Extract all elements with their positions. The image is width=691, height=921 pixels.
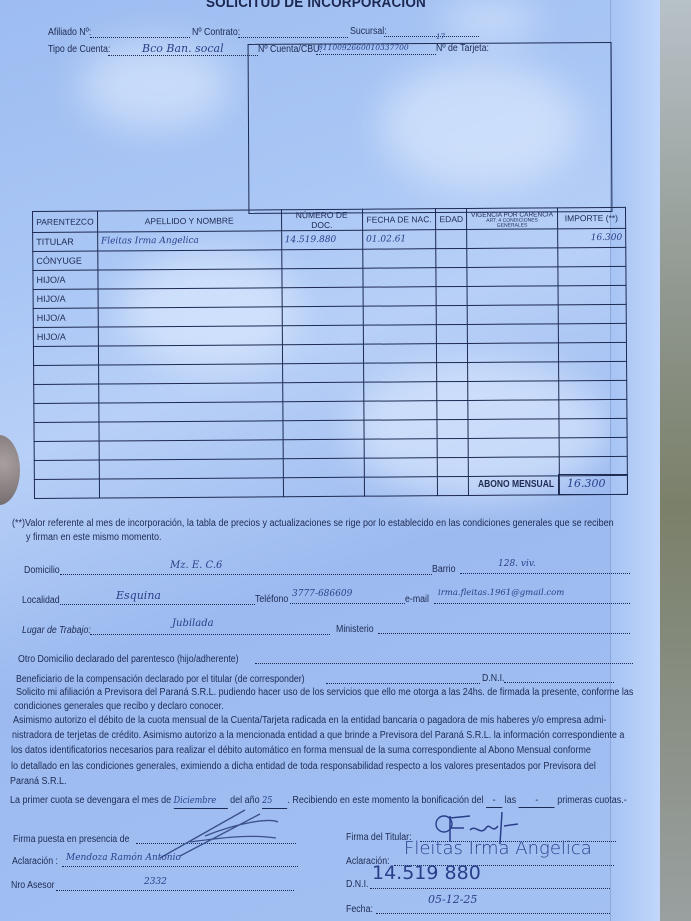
anio-field[interactable]: 25 <box>262 795 287 809</box>
dni-field[interactable] <box>370 888 610 889</box>
sucursal-field[interactable] <box>384 36 479 37</box>
col-vigencia: VIGENCIA POR CARENCIAART. 4 CONDICIONES … <box>467 208 558 230</box>
afiliado-label: Afiliado Nº: <box>48 27 91 38</box>
nombre-cell[interactable]: Fleitas Irma Angelica <box>97 231 281 251</box>
edad-cell[interactable] <box>437 457 468 476</box>
vigencia-cell[interactable] <box>467 229 558 249</box>
legal-p1-line-2: condiciones generales que recibo y decla… <box>14 700 599 713</box>
parentezco-cell: HIJO/A <box>33 327 98 346</box>
email-value: irma.fleitas.1961@gmail.com <box>438 588 564 598</box>
vigencia-cell[interactable] <box>467 286 558 306</box>
barrio-label: Barrio <box>432 564 455 575</box>
edad-cell[interactable] <box>437 438 468 457</box>
importe-cell[interactable] <box>558 304 626 323</box>
contrato-field[interactable] <box>238 37 348 38</box>
abono-mensual-label: ABONO MENSUAL <box>478 479 554 490</box>
fecha-nac-cell[interactable] <box>364 401 437 421</box>
cuenta-cbu-note: 17 <box>436 33 445 41</box>
nombre-cell[interactable] <box>98 307 282 327</box>
importe-cell[interactable] <box>557 247 625 266</box>
importe-cell[interactable] <box>558 266 626 285</box>
fecha-label: Fecha: <box>346 904 373 915</box>
parentezco-cell <box>34 441 99 460</box>
email-field[interactable] <box>434 603 630 604</box>
telefono-value: 3777-686609 <box>292 589 352 599</box>
las-label: las <box>505 795 517 806</box>
fecha-nac-cell[interactable] <box>364 439 437 459</box>
fecha-nac-cell[interactable]: 01.02.61 <box>363 230 436 250</box>
asesor-value: 2332 <box>144 877 167 887</box>
lugar-trabajo-value: Jubilada <box>172 618 214 629</box>
col-importe: IMPORTE (**) <box>557 207 625 228</box>
localidad-field[interactable] <box>60 604 255 605</box>
nombre-cell[interactable] <box>99 478 283 498</box>
nombre-cell[interactable] <box>99 440 283 460</box>
legal-p2-line-5: Paraná S.R.L. <box>10 775 595 788</box>
importe-cell[interactable] <box>558 323 626 342</box>
beneficiario-label: Beneficiario de la compensación declarad… <box>16 674 305 685</box>
nombre-cell[interactable] <box>99 421 283 441</box>
importe-cell[interactable] <box>559 399 627 418</box>
bonificacion-field[interactable]: - <box>486 794 502 808</box>
importe-cell[interactable] <box>558 285 626 304</box>
parentezco-cell: HIJO/A <box>33 308 98 327</box>
telefono-label: Teléfono <box>255 594 288 605</box>
doc-cell[interactable] <box>282 382 363 402</box>
anio-label: del año <box>230 795 260 806</box>
presencia-label: Firma puesta en presencia de <box>13 834 129 845</box>
fecha-nac-cell[interactable] <box>364 477 437 497</box>
fecha-nac-cell[interactable] <box>364 382 437 402</box>
asesor-label: Nro Asesor <box>11 880 55 891</box>
domicilio-value: Mz. E. C.6 <box>170 560 222 571</box>
edad-cell[interactable] <box>436 229 467 248</box>
vigencia-cell[interactable] <box>469 457 560 477</box>
localidad-label: Localidad <box>22 595 60 606</box>
footnote-line-2: y firman en este mismo momento. <box>26 531 611 544</box>
doc-cell[interactable] <box>282 344 363 364</box>
card-number-box[interactable] <box>248 42 613 214</box>
titular-signature-label: Firma del Titular: <box>346 832 412 843</box>
vigencia-cell[interactable] <box>467 267 558 287</box>
fecha-nac-cell[interactable] <box>363 287 436 307</box>
lugar-trabajo-field[interactable] <box>90 634 330 635</box>
footnote-line-1: (**)Valor referente al mes de incorporac… <box>12 517 597 530</box>
parentezco-cell <box>34 384 99 403</box>
abono-mensual-box[interactable]: 16.300 <box>558 474 628 495</box>
edad-cell[interactable] <box>436 286 467 305</box>
background-ground <box>660 0 691 921</box>
legal-p2-line-3: los datos identificatorios necesarios pa… <box>11 744 596 757</box>
tipo-cuenta-value: Bco Ban. socal <box>142 42 224 55</box>
col-edad: EDAD <box>436 208 467 229</box>
nombre-cell[interactable] <box>98 345 282 365</box>
vigencia-cell[interactable] <box>467 248 558 268</box>
nombre-cell[interactable] <box>98 364 282 384</box>
vigencia-cell[interactable] <box>468 438 559 458</box>
edad-cell[interactable] <box>436 324 467 343</box>
parentezco-cell <box>34 365 99 384</box>
col-parentezco: PARENTEZCO <box>33 211 98 232</box>
ministerio-label: Ministerio <box>336 624 374 635</box>
legal-p1-line-1: Solicito mi afiliación a Previsora del P… <box>16 686 601 699</box>
fecha-nac-cell[interactable] <box>363 344 436 364</box>
contrato-label: Nº Contrato: <box>192 27 240 38</box>
aclaracion-left-value: Mendoza Ramón Antonio <box>66 853 181 863</box>
importe-cell[interactable] <box>559 418 627 437</box>
beneficiario-dni-label: D.N.I. <box>482 673 504 684</box>
edad-cell[interactable] <box>436 267 467 286</box>
vigencia-cell[interactable] <box>467 305 558 325</box>
vigencia-cell[interactable] <box>468 400 559 420</box>
doc-cell[interactable] <box>282 363 363 383</box>
edad-cell[interactable] <box>436 248 467 267</box>
doc-cell[interactable] <box>282 306 363 326</box>
legal-p2-line-4: lo detallado en las condiciones generale… <box>11 760 596 773</box>
members-table: PARENTEZCO APELLIDO Y NOMBRE NÚMERO DE D… <box>32 207 628 499</box>
importe-cell[interactable] <box>558 361 626 380</box>
fecha-nac-cell[interactable] <box>364 458 437 478</box>
importe-cell[interactable] <box>559 456 627 475</box>
asesor-field[interactable] <box>56 890 294 891</box>
vigencia-cell[interactable] <box>468 362 559 382</box>
first-payment-suffix: primeras cuotas.- <box>557 795 627 806</box>
tipo-cuenta-field[interactable] <box>108 55 258 56</box>
parentezco-cell: TITULAR <box>33 232 98 251</box>
nombre-cell[interactable] <box>98 326 282 346</box>
vigencia-cell[interactable] <box>468 381 559 401</box>
nombre-cell[interactable] <box>98 288 282 308</box>
edad-cell[interactable] <box>436 305 467 324</box>
first-payment-line: La primer cuota se devengara el mes de D… <box>10 794 595 809</box>
col-doc: NÚMERO DE DOC. <box>281 209 362 231</box>
doc-cell[interactable] <box>283 477 364 497</box>
edad-cell[interactable] <box>437 400 468 419</box>
dni-label: D.N.I. <box>346 879 368 890</box>
beneficiario-dni-field[interactable] <box>504 682 614 683</box>
nombre-cell[interactable] <box>99 459 283 479</box>
legal-p2-line-1: Asimismo autorizo el débito de la cuota … <box>13 714 598 727</box>
form-title: SOLICITUD DE INCORPORACIÓN <box>206 0 426 11</box>
otro-domicilio-label: Otro Domicilio declarado del parentesco … <box>18 654 239 665</box>
fecha-value: 05-12-25 <box>428 893 477 906</box>
edad-cell[interactable] <box>437 362 468 381</box>
vigencia-cell[interactable] <box>468 324 559 344</box>
parentezco-cell <box>33 346 98 365</box>
barrio-field[interactable] <box>460 573 630 574</box>
edad-cell[interactable] <box>438 476 469 495</box>
vigencia-cell[interactable] <box>468 419 559 439</box>
nombre-cell[interactable] <box>99 402 283 422</box>
aclaracion-right-value: Fleitas Irma Angelica <box>404 838 592 859</box>
col-nombre: APELLIDO Y NOMBRE <box>97 210 281 232</box>
nombre-cell[interactable] <box>98 250 282 270</box>
col-vigencia-subtext: ART. 4 CONDICIONES GENERALES <box>470 218 553 229</box>
dni-value: 14.519 880 <box>372 862 481 884</box>
edad-cell[interactable] <box>437 381 468 400</box>
nombre-cell[interactable] <box>98 269 282 289</box>
otro-domicilio-field[interactable] <box>255 663 633 664</box>
fecha-field[interactable] <box>376 913 610 914</box>
beneficiario-field[interactable] <box>326 683 480 684</box>
doc-cell[interactable] <box>283 439 364 459</box>
doc-cell[interactable] <box>282 401 363 421</box>
parentezco-cell: CÓNYUGE <box>33 251 98 270</box>
parentezco-cell <box>34 460 99 479</box>
barrio-value: 128. viv. <box>498 559 536 569</box>
fecha-nac-cell[interactable] <box>363 325 436 345</box>
fecha-nac-cell[interactable] <box>363 268 436 288</box>
parentezco-cell: HIJO/A <box>33 270 98 289</box>
aclaracion-left-field[interactable] <box>62 866 298 867</box>
importe-cell[interactable] <box>558 342 626 361</box>
nombre-cell[interactable] <box>98 383 282 403</box>
doc-cell[interactable] <box>282 420 363 440</box>
email-label: e-mail <box>405 594 429 605</box>
edad-cell[interactable] <box>437 419 468 438</box>
parentezco-cell <box>34 403 99 422</box>
tipo-cuenta-label: Tipo de Cuenta: <box>48 44 110 55</box>
abono-mensual-value: 16.300 <box>567 477 606 490</box>
ministerio-field[interactable] <box>378 633 630 634</box>
doc-cell[interactable] <box>282 287 363 307</box>
fecha-nac-cell[interactable] <box>363 249 436 269</box>
fecha-nac-cell[interactable] <box>363 363 436 383</box>
legal-p2-line-2: nistradora de terjetas de crédito. Asimi… <box>12 729 597 742</box>
doc-cell[interactable] <box>282 325 363 345</box>
domicilio-field[interactable] <box>60 574 432 575</box>
aclaracion-left-label: Aclaración : <box>12 856 58 867</box>
doc-cell[interactable] <box>283 458 364 478</box>
parentezco-cell <box>34 479 99 498</box>
afiliado-field[interactable] <box>90 37 190 38</box>
domicilio-label: Domicilio <box>24 565 60 576</box>
importe-cell[interactable] <box>558 380 626 399</box>
sucursal-label: Sucursal: <box>350 26 387 37</box>
telefono-field[interactable] <box>290 603 405 604</box>
edad-cell[interactable] <box>437 343 468 362</box>
fecha-nac-cell[interactable] <box>364 420 437 440</box>
doc-cell[interactable] <box>281 268 362 288</box>
las-field[interactable]: - <box>519 794 555 808</box>
light-reflection <box>440 0 540 40</box>
vigencia-cell[interactable] <box>468 343 559 363</box>
fecha-nac-cell[interactable] <box>363 306 436 326</box>
lugar-trabajo-label: Lugar de Trabajo: <box>22 625 91 636</box>
col-fecha-nac: FECHA DE NAC. <box>362 209 435 231</box>
first-payment-prefix: La primer cuota se devengara el mes de <box>10 795 171 806</box>
first-payment-mid: . Recibiendo en este momento la bonifica… <box>287 795 483 806</box>
parentezco-cell <box>34 422 99 441</box>
importe-cell[interactable]: 16.300 <box>557 228 625 247</box>
importe-cell[interactable] <box>559 437 627 456</box>
localidad-value: Esquina <box>116 589 161 602</box>
doc-cell[interactable] <box>281 249 362 269</box>
mes-field[interactable]: Diciembre <box>174 795 228 809</box>
doc-cell[interactable]: 14.519.880 <box>281 230 362 250</box>
parentezco-cell: HIJO/A <box>33 289 98 308</box>
